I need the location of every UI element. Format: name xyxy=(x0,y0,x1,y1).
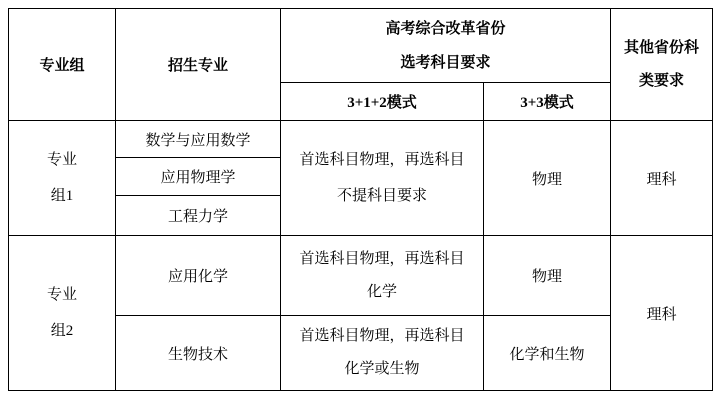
header-reform-line2: 选考科目要求 xyxy=(281,46,610,80)
group2-name-line1: 专业 xyxy=(9,277,115,313)
header-mode-312: 3+1+2模式 xyxy=(281,83,484,121)
group2-major-2: 生物技术 xyxy=(116,316,281,391)
group2-row2-req-312-cell: 首选科目物理，再选科目 化学或生物 xyxy=(281,316,484,391)
group2-row2-req-312-line1: 首选科目物理，再选科目 xyxy=(281,320,483,353)
header-other-line1: 其他省份科 xyxy=(611,32,712,65)
group1-req-33-cell: 物理 xyxy=(484,121,611,236)
admission-requirements-table: 专业组 招生专业 高考综合改革省份 选考科目要求 其他省份科 类要求 3+1+2… xyxy=(8,8,713,391)
group2-row2-req-312-line2: 化学或生物 xyxy=(281,353,483,386)
group2-row1-req-312-line1: 首选科目物理，再选科目 xyxy=(281,243,483,276)
header-reform-provinces: 高考综合改革省份 选考科目要求 xyxy=(281,9,611,83)
group1-major-3: 工程力学 xyxy=(116,196,281,236)
group1-req-312-cell: 首选科目物理，再选科目 不提科目要求 xyxy=(281,121,484,236)
group2-row1-req-312-cell: 首选科目物理，再选科目 化学 xyxy=(281,236,484,316)
header-reform-line1: 高考综合改革省份 xyxy=(281,12,610,46)
group1-req-312-line1: 首选科目物理，再选科目 xyxy=(281,142,483,178)
header-enroll-major: 招生专业 xyxy=(116,9,281,121)
group1-name-line1: 专业 xyxy=(9,142,115,178)
group2-other-cell: 理科 xyxy=(611,236,713,391)
group2-name-line2: 组2 xyxy=(9,313,115,349)
group1-other-cell: 理科 xyxy=(611,121,713,236)
group1-name-cell: 专业 组1 xyxy=(9,121,116,236)
group1-name-line2: 组1 xyxy=(9,178,115,214)
header-other-line2: 类要求 xyxy=(611,65,712,98)
group1-major-2: 应用物理学 xyxy=(116,158,281,196)
group1-major-1: 数学与应用数学 xyxy=(116,121,281,158)
header-other-provinces: 其他省份科 类要求 xyxy=(611,9,713,121)
header-major-group: 专业组 xyxy=(9,9,116,121)
group2-row2-req-33-cell: 化学和生物 xyxy=(484,316,611,391)
group2-major-1: 应用化学 xyxy=(116,236,281,316)
header-mode-33: 3+3模式 xyxy=(484,83,611,121)
group1-req-312-line2: 不提科目要求 xyxy=(281,178,483,214)
group2-row1-req-33-cell: 物理 xyxy=(484,236,611,316)
group2-row1-req-312-line2: 化学 xyxy=(281,276,483,309)
group2-name-cell: 专业 组2 xyxy=(9,236,116,391)
